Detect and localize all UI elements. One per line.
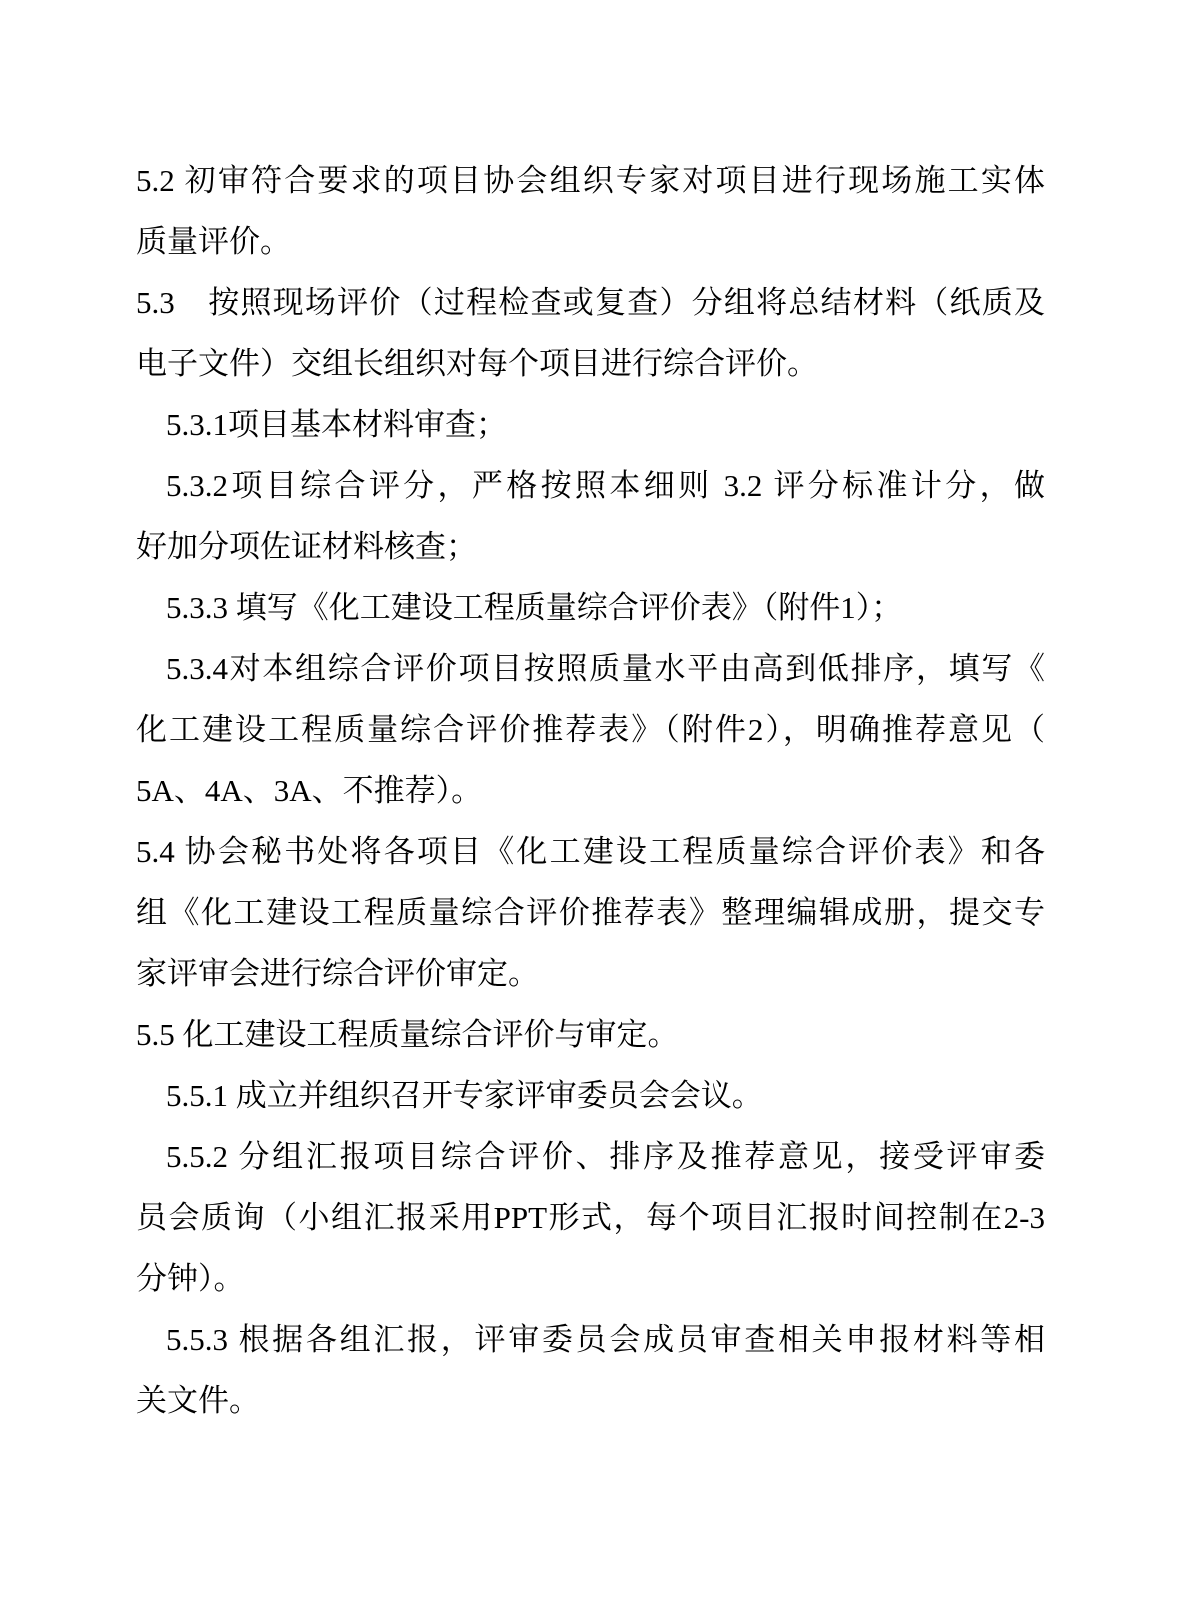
- document-line: 5.5 化工建设工程质量综合评价与审定。: [136, 1004, 1045, 1065]
- document-line: 电子文件）交组长组织对每个项目进行综合评价。: [136, 333, 1045, 394]
- document-line: 5.3.1项目基本材料审查；: [136, 394, 1045, 455]
- document-line: 5.5.2 分组汇报项目综合评价、排序及推荐意见，接受评审委: [136, 1126, 1045, 1187]
- document-line: 5.5.1 成立并组织召开专家评审委员会会议。: [136, 1065, 1045, 1126]
- document-line: 5.3.2项目综合评分，严格按照本细则 3.2 评分标准计分，做: [136, 455, 1045, 516]
- document-line: 员会质询（小组汇报采用PPT形式，每个项目汇报时间控制在2-3: [136, 1187, 1045, 1248]
- document-page: 5.2 初审符合要求的项目协会组织专家对项目进行现场施工实体质量评价。5.3 按…: [0, 0, 1179, 1600]
- document-line: 5.2 初审符合要求的项目协会组织专家对项目进行现场施工实体: [136, 150, 1045, 211]
- document-line: 分钟）。: [136, 1248, 1045, 1309]
- document-line: 5.4 协会秘书处将各项目《化工建设工程质量综合评价表》和各: [136, 821, 1045, 882]
- document-line: 组《化工建设工程质量综合评价推荐表》整理编辑成册，提交专: [136, 882, 1045, 943]
- document-line: 关文件。: [136, 1370, 1045, 1431]
- document-line: 家评审会进行综合评价审定。: [136, 943, 1045, 1004]
- document-line: 好加分项佐证材料核查；: [136, 516, 1045, 577]
- document-body: 5.2 初审符合要求的项目协会组织专家对项目进行现场施工实体质量评价。5.3 按…: [136, 150, 1045, 1431]
- document-line: 5.3.4对本组综合评价项目按照质量水平由高到低排序，填写《: [136, 638, 1045, 699]
- document-line: 5.3.3 填写《化工建设工程质量综合评价表》（附件1）；: [136, 577, 1045, 638]
- document-line: 质量评价。: [136, 211, 1045, 272]
- document-line: 5A、4A、3A、不推荐）。: [136, 760, 1045, 821]
- document-line: 5.3 按照现场评价（过程检查或复查）分组将总结材料（纸质及: [136, 272, 1045, 333]
- document-line: 化工建设工程质量综合评价推荐表》（附件2），明确推荐意见（: [136, 699, 1045, 760]
- document-line: 5.5.3 根据各组汇报，评审委员会成员审查相关申报材料等相: [136, 1309, 1045, 1370]
